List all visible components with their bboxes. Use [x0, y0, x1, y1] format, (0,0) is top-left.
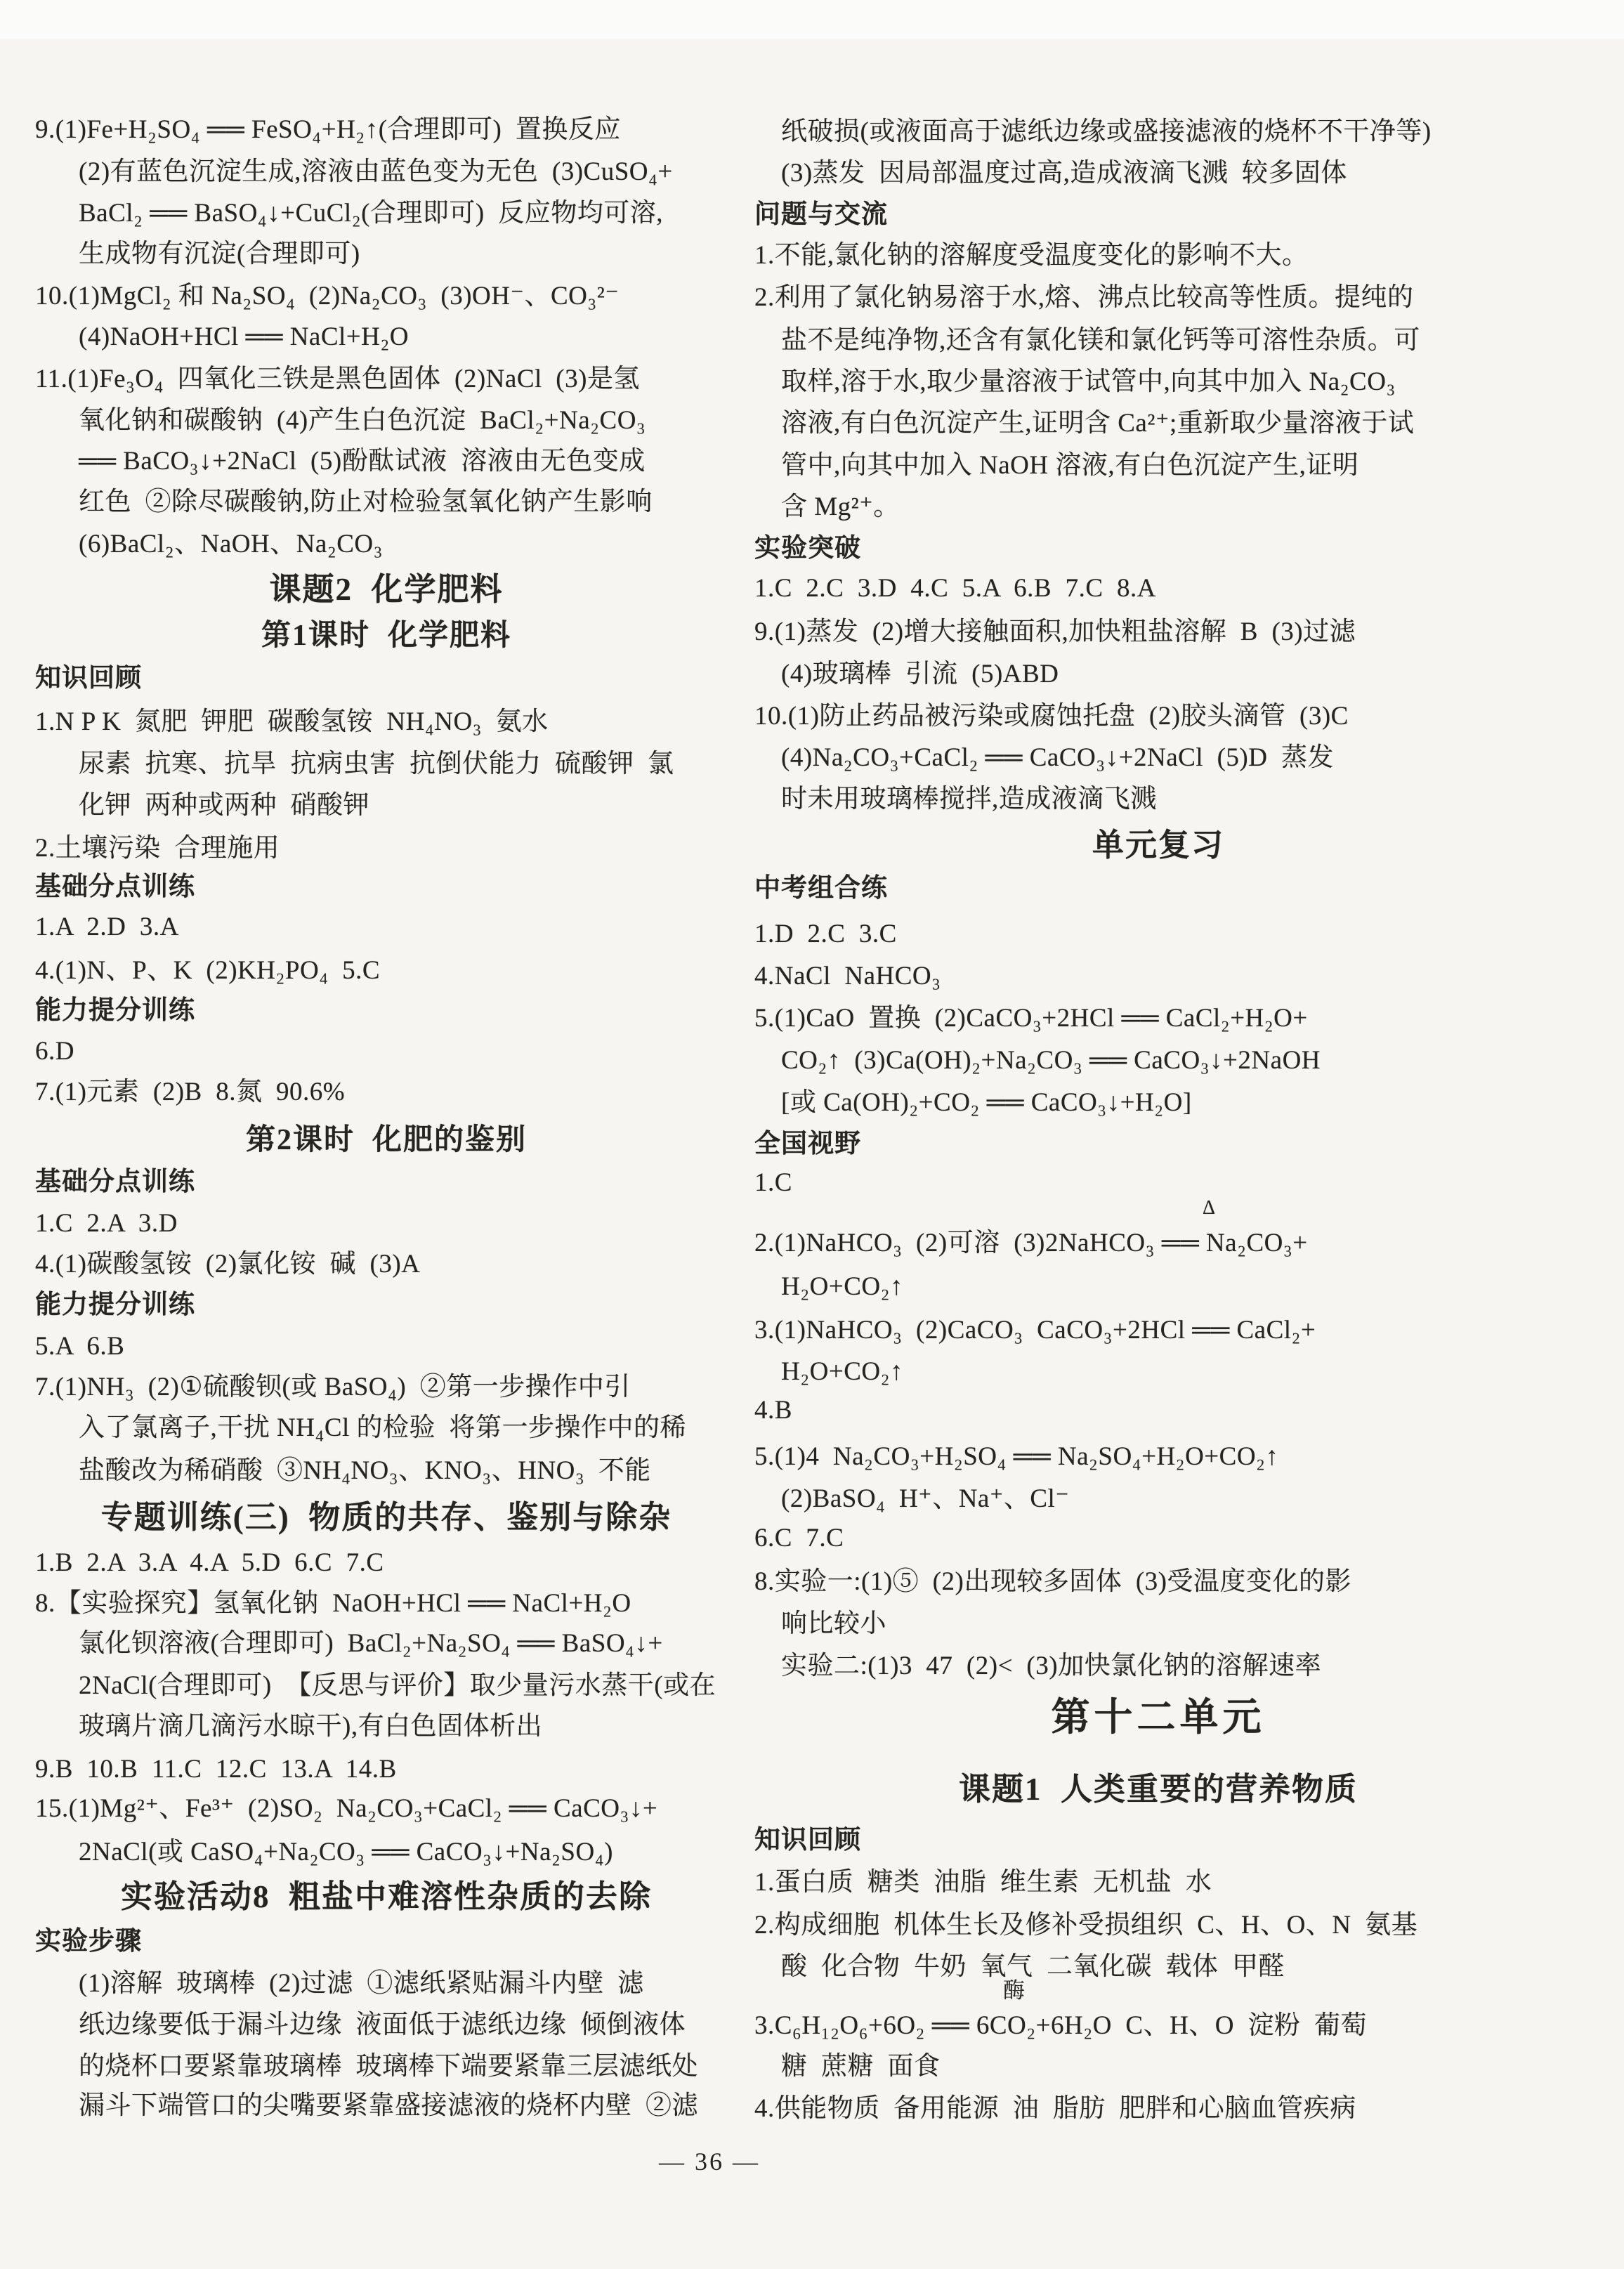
answer-line: 3.(1)NaHCO₃ (2)CaCO₃ CaCO₃+2HCl ══ CaCl₂…: [754, 1315, 1316, 1346]
answer-line: (6)BaCl₂、NaOH、Na₂CO₃: [79, 529, 383, 560]
answer-line: 入了氯离子,干扰 NH₄Cl 的检验 将第一步操作中的稀: [79, 1413, 686, 1444]
answer-line: 玻璃片滴几滴污水晾干),有白色固体析出: [79, 1711, 542, 1742]
answer-line: 时未用玻璃棒搅拌,造成液滴飞溅: [781, 784, 1157, 815]
answer-line: 1.C: [754, 1168, 792, 1198]
answer-line: 11.(1)Fe₃O₄ 四氧化三铁是黑色固体 (2)NaCl (3)是氢: [35, 364, 640, 395]
answer-line: 6.D: [35, 1036, 74, 1067]
answer-line: 10.(1)防止药品被污染或腐蚀托盘 (2)胶头滴管 (3)C: [754, 701, 1349, 732]
subheading: 中考组合练: [754, 872, 888, 903]
answer-line: 7.(1)元素 (2)B 8.氮 90.6%: [35, 1077, 345, 1108]
unit-heading: 第十二单元: [747, 1694, 1569, 1741]
subheading: 实验突破: [754, 532, 861, 563]
subheading: 知识回顾: [754, 1824, 861, 1855]
answer-line: 3.C₆H₁₂O₆+6O₂ ══ 6CO₂+6H₂O C、H、O 淀粉 葡萄: [754, 2010, 1367, 2041]
answer-line: 5.A 6.B: [35, 1331, 124, 1362]
answer-line: 管中,向其中加入 NaOH 溶液,有白色沉淀产生,证明: [781, 450, 1358, 481]
subheading: 问题与交流: [754, 199, 888, 230]
answer-line: 化钾 两种或两种 硝酸钾: [79, 790, 369, 821]
section-heading: 实验活动8 粗盐中难溶性杂质的去除: [32, 1878, 741, 1916]
answer-line: 1.N P K 氮肥 钾肥 碳酸氢铵 NH₄NO₃ 氨水: [35, 707, 549, 738]
answer-line: 9.(1)蒸发 (2)增大接触面积,加快粗盐溶解 B (3)过滤: [754, 617, 1356, 648]
subheading: 基础分点训练: [35, 1166, 195, 1197]
answer-line: (2)有蓝色沉淀生成,溶液由蓝色变为无色 (3)CuSO₄+: [79, 157, 673, 188]
answer-line: 纸边缘要低于漏斗边缘 液面低于滤纸边缘 倾倒液体: [79, 2010, 686, 2041]
section-heading: 第1课时 化学肥料: [32, 618, 741, 653]
enzyme-label: 酶: [1003, 1980, 1025, 2001]
answer-line: 氧化钠和碳酸钠 (4)产生白色沉淀 BaCl₂+Na₂CO₃: [79, 405, 646, 436]
answer-line: 盐不是纯净物,还含有氯化镁和氯化钙等可溶性杂质。可: [781, 325, 1420, 356]
answer-line: 2.构成细胞 机体生长及修补受损组织 C、H、O、N 氨基: [754, 1910, 1417, 1941]
answer-line: 10.(1)MgCl₂ 和 Na₂SO₄ (2)Na₂CO₃ (3)OH⁻、CO…: [35, 281, 619, 312]
answer-line: [或 Ca(OH)₂+CO₂ ══ CaCO₃↓+H₂O]: [781, 1087, 1192, 1118]
subheading: 知识回顾: [35, 662, 142, 693]
answer-line: 盐酸改为稀硝酸 ③NH₄NO₃、KNO₃、HNO₃ 不能: [79, 1456, 651, 1486]
answer-line: (4)玻璃棒 引流 (5)ABD: [781, 659, 1059, 690]
answer-line: 5.(1)4 Na₂CO₃+H₂SO₄ ══ Na₂SO₄+H₂O+CO₂↑: [754, 1441, 1278, 1472]
answer-line: 2.土壤污染 合理施用: [35, 833, 280, 864]
answer-line: 溶液,有白色沉淀产生,证明含 Ca²⁺;重新取少量溶液于试: [781, 408, 1414, 439]
answer-line: 1.蛋白质 糖类 油脂 维生素 无机盐 水: [754, 1867, 1212, 1898]
answer-line: 2.(1)NaHCO₃ (2)可溶 (3)2NaHCO₃ ══ Na₂CO₃+: [754, 1228, 1308, 1259]
answer-line: 含 Mg²⁺。: [781, 492, 900, 523]
answer-line: 氯化钡溶液(合理即可) BaCl₂+Na₂SO₄ ══ BaSO₄↓+: [79, 1628, 663, 1659]
answer-line: ══ BaCO₃↓+2NaCl (5)酚酞试液 溶液由无色变成: [79, 446, 646, 477]
answer-line: 4.NaCl NaHCO₃: [754, 961, 941, 992]
section-heading: 专题训练(三) 物质的共存、鉴别与除杂: [32, 1498, 741, 1536]
answer-line: (4)NaOH+HCl ══ NaCl+H₂O: [79, 322, 409, 353]
answer-line: 1.B 2.A 3.A 4.A 5.D 6.C 7.C: [35, 1548, 384, 1578]
answer-book-page: 9.(1)Fe+H₂SO₄ ══ FeSO₄+H₂↑(合理即可) 置换反应 (2…: [0, 0, 1624, 2269]
answer-line: 生成物有沉淀(合理即可): [79, 239, 360, 270]
answer-line: 7.(1)NH₃ (2)①硫酸钡(或 BaSO₄) ②第一步操作中引: [35, 1372, 631, 1403]
answer-line: 1.C 2.A 3.D: [35, 1208, 178, 1239]
delta-heating-symbol: Δ: [1203, 1198, 1215, 1218]
answer-line: 糖 蔗糖 面食: [781, 2051, 941, 2082]
answer-line: 纸破损(或液面高于滤纸边缘或盛接滤液的烧杯不干净等): [781, 117, 1432, 148]
answer-line: 8.实验一:(1)⑤ (2)出现较多固体 (3)受温度变化的影: [754, 1567, 1351, 1597]
answer-line: 2NaCl(或 CaSO₄+Na₂CO₃ ══ CaCO₃↓+Na₂SO₄): [79, 1837, 613, 1868]
answer-line: 漏斗下端管口的尖嘴要紧靠盛接滤液的烧杯内壁 ②滤: [79, 2091, 698, 2121]
section-heading: 单元复习: [747, 826, 1569, 864]
answer-line: 响比较小: [781, 1609, 886, 1640]
answer-line: 实验二:(1)3 47 (2)< (3)加快氯化钠的溶解速率: [781, 1651, 1321, 1682]
answer-line: 9.(1)Fe+H₂SO₄ ══ FeSO₄+H₂↑(合理即可) 置换反应: [35, 115, 621, 145]
subheading: 全国视野: [754, 1128, 861, 1159]
answer-line: 4.B: [754, 1395, 792, 1426]
answer-line: (2)BaSO₄ H⁺、Na⁺、Cl⁻: [781, 1484, 1069, 1515]
subheading: 能力提分训练: [35, 1289, 195, 1320]
subheading: 实验步骤: [35, 1925, 142, 1956]
answer-line: BaCl₂ ══ BaSO₄↓+CuCl₂(合理即可) 反应物均可溶,: [79, 198, 663, 229]
answer-line: 取样,溶于水,取少量溶液于试管中,向其中加入 Na₂CO₃: [781, 367, 1396, 398]
section-heading: 课题2 化学肥料: [32, 570, 741, 608]
answer-line: 2NaCl(合理即可) 【反思与评价】取少量污水蒸干(或在: [79, 1670, 716, 1701]
answer-line: 5.(1)CaO 置换 (2)CaCO₃+2HCl ══ CaCl₂+H₂O+: [754, 1003, 1308, 1034]
answer-line: H₂O+CO₂↑: [781, 1271, 903, 1302]
answer-line: 尿素 抗寒、抗旱 抗病虫害 抗倒伏能力 硫酸钾 氯: [79, 749, 674, 780]
subheading: 能力提分训练: [35, 995, 195, 1026]
subheading: 基础分点训练: [35, 871, 195, 902]
section-heading: 课题1 人类重要的营养物质: [747, 1770, 1569, 1808]
answer-line: 15.(1)Mg²⁺、Fe³⁺ (2)SO₂ Na₂CO₃+CaCl₂ ══ C…: [35, 1793, 657, 1824]
answer-line: H₂O+CO₂↑: [781, 1356, 903, 1387]
answer-line: 红色 ②除尽碳酸钠,防止对检验氢氧化钠产生影响: [79, 487, 653, 518]
answer-line: CO₂↑ (3)Ca(OH)₂+Na₂CO₃ ══ CaCO₃↓+2NaOH: [781, 1045, 1321, 1076]
answer-line: 1.A 2.D 3.A: [35, 912, 179, 943]
answer-line: 2.利用了氯化钠易溶于水,熔、沸点比较高等性质。提纯的: [754, 282, 1414, 313]
answer-line: 1.D 2.C 3.C: [754, 919, 897, 950]
answer-line: 4.(1)N、P、K (2)KH₂PO₄ 5.C: [35, 955, 380, 986]
answer-line: 9.B 10.B 11.C 12.C 13.A 14.B: [35, 1754, 397, 1785]
answer-line: 6.C 7.C: [754, 1523, 844, 1554]
section-heading: 第2课时 化肥的鉴别: [32, 1123, 741, 1158]
answer-line: 1.不能,氯化钠的溶解度受温度变化的影响不大。: [754, 240, 1309, 271]
answer-line: 1.C 2.C 3.D 4.C 5.A 6.B 7.C 8.A: [754, 573, 1156, 604]
answer-line: (3)蒸发 因局部温度过高,造成液滴飞溅 较多固体: [781, 158, 1347, 189]
answer-line: 4.供能物质 备用能源 油 脂肪 肥胖和心脑血管疾病: [754, 2093, 1356, 2124]
answer-line: 酸 化合物 牛奶 氧气 二氧化碳 载体 甲醛: [781, 1951, 1285, 1982]
page-number: — 36 —: [597, 2147, 822, 2176]
answer-line: 的烧杯口要紧靠玻璃棒 玻璃棒下端要紧靠三层滤纸处: [79, 2051, 698, 2082]
answer-line: (4)Na₂CO₃+CaCl₂ ══ CaCO₃↓+2NaCl (5)D 蒸发: [781, 743, 1334, 773]
answer-line: 4.(1)碳酸氢铵 (2)氯化铵 碱 (3)A: [35, 1249, 420, 1280]
answer-line: 8.【实验探究】氢氧化钠 NaOH+HCl ══ NaCl+H₂O: [35, 1588, 631, 1619]
answer-line: (1)溶解 玻璃棒 (2)过滤 ①滤纸紧贴漏斗内壁 滤: [79, 1968, 644, 1999]
